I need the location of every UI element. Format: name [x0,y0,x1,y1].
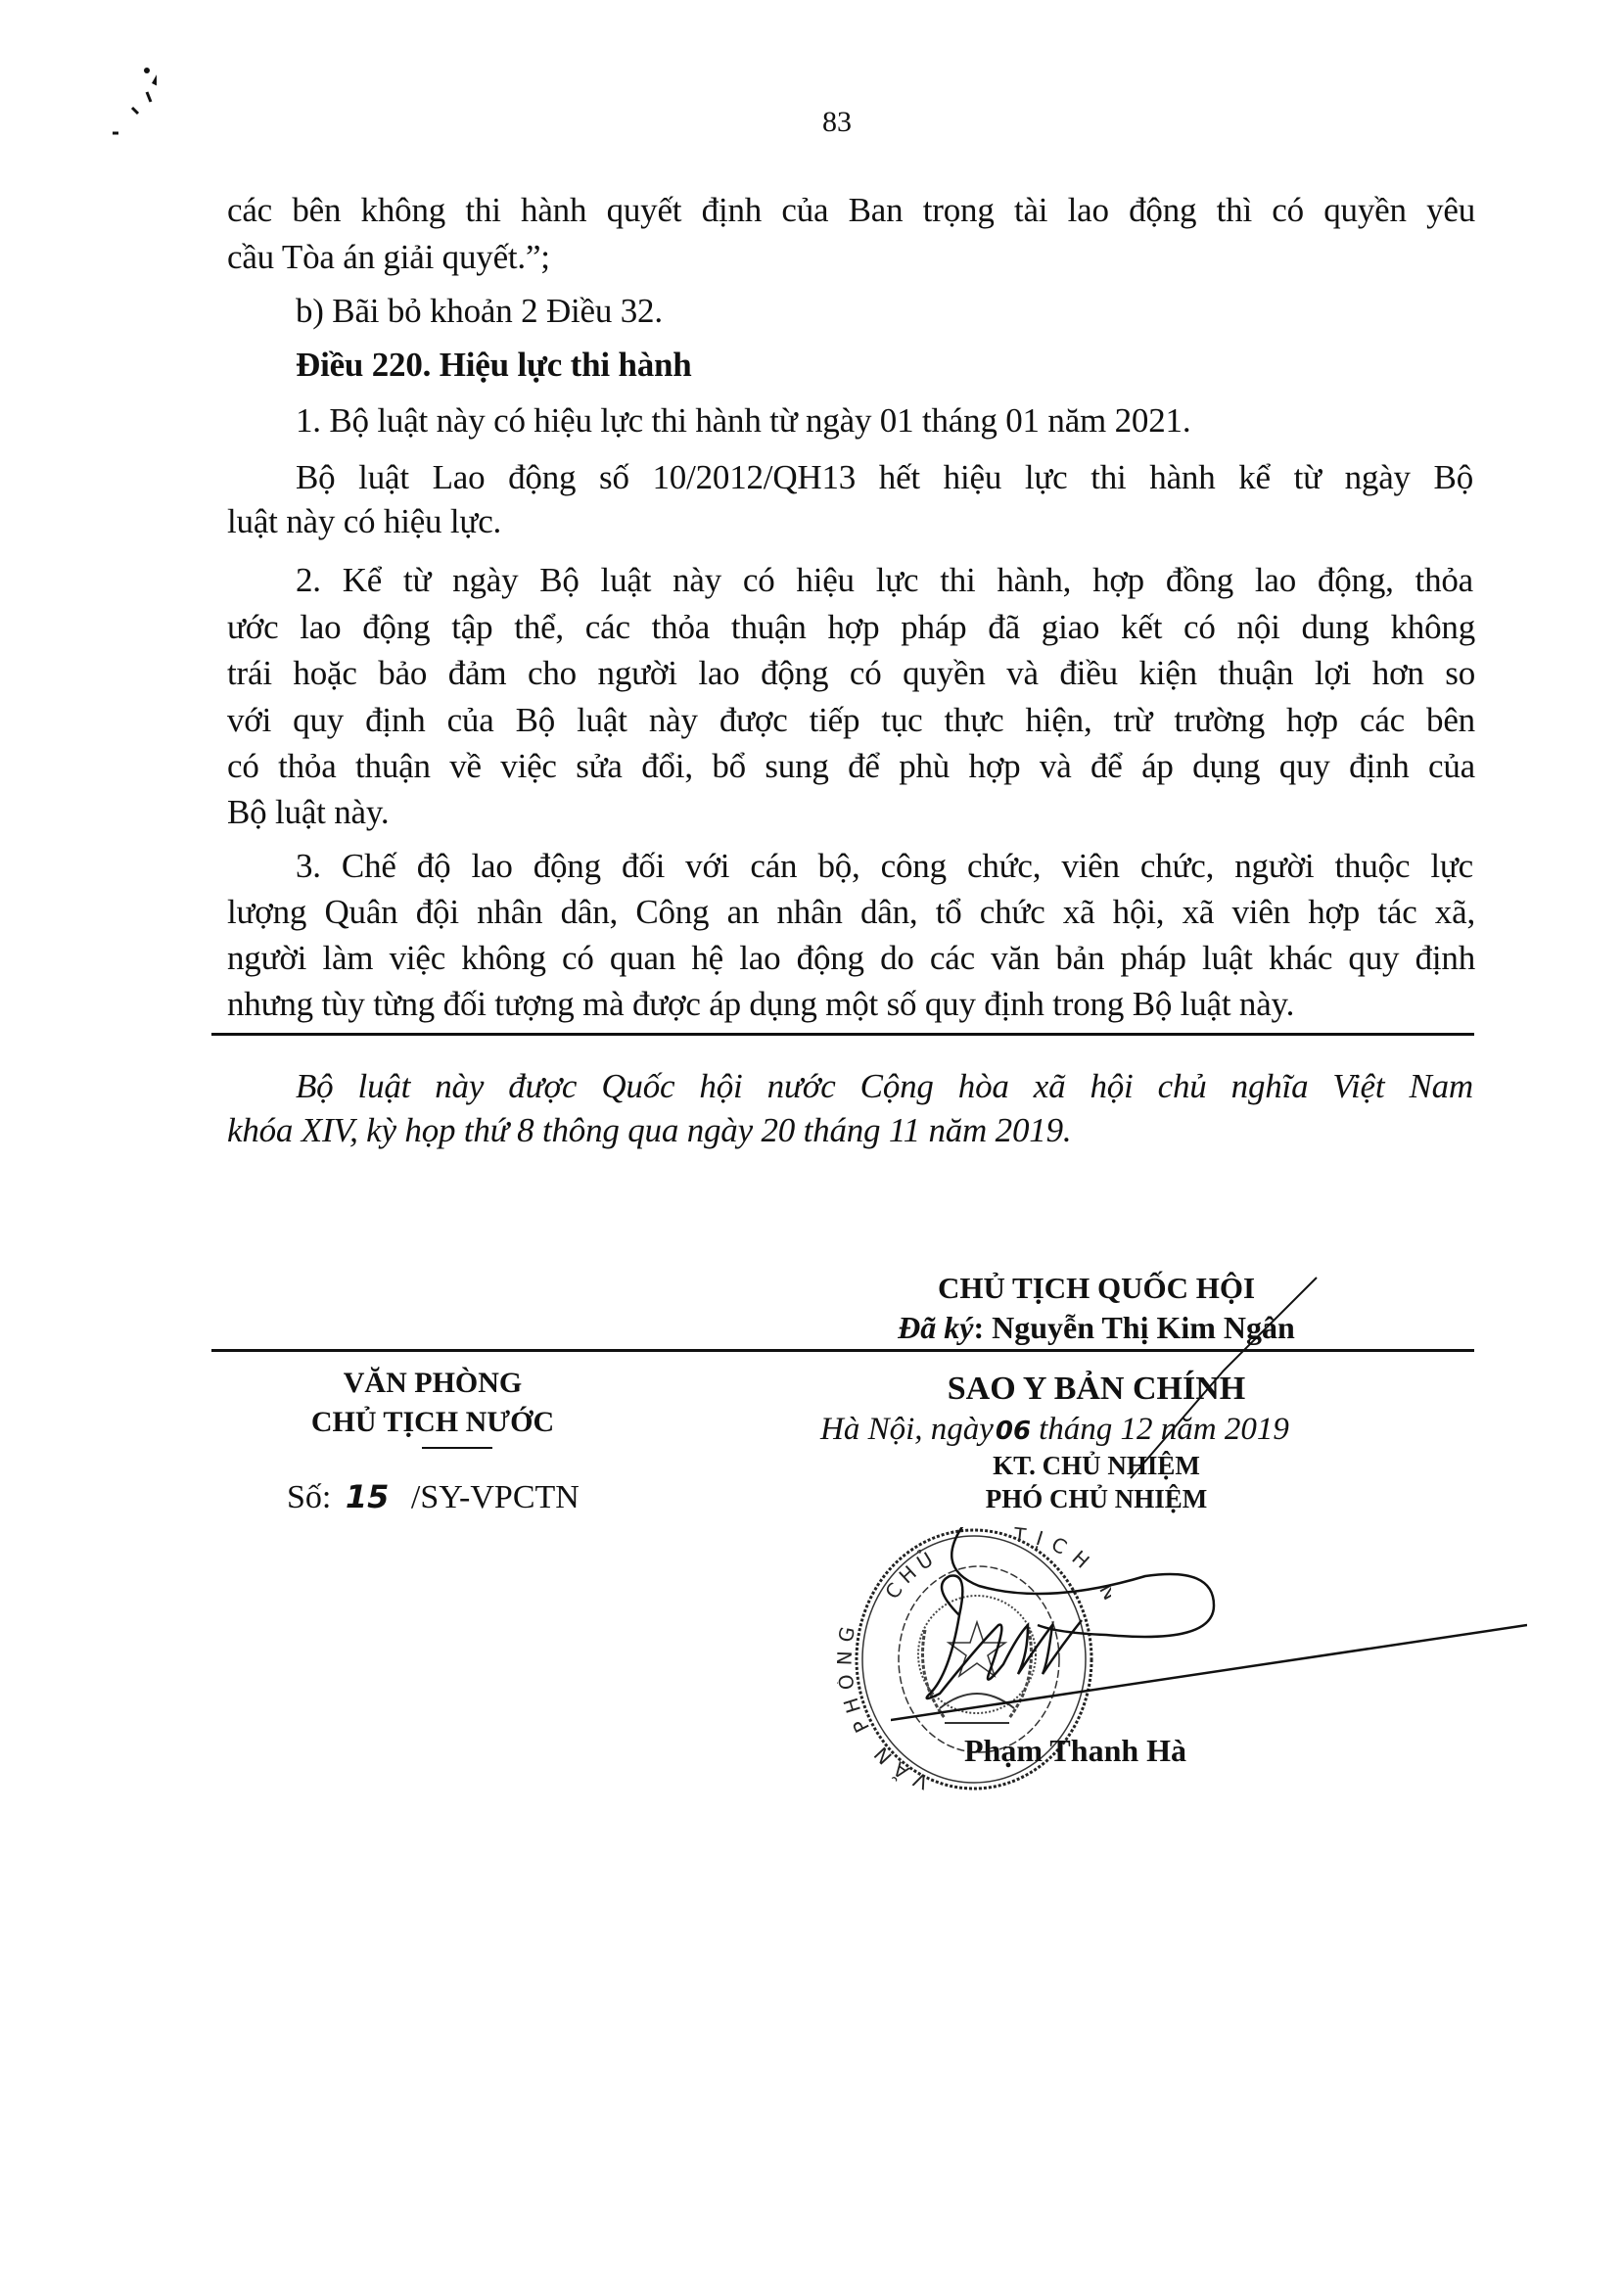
body-line: nhưng tùy từng đối tượng mà được áp dụng… [227,985,1294,1024]
body-line: các bên không thi hành quyết định của Ba… [227,191,1475,230]
date-prefix: Hà Nội, ngày [820,1412,994,1447]
body-line: có thỏa thuận về việc sửa đổi, bổ sung đ… [227,747,1475,786]
body-line: luật này có hiệu lực. [227,502,501,541]
section-divider [211,1033,1474,1036]
original-signer-title: CHỦ TỊCH QUỐC HỘI [881,1271,1312,1306]
date-day: 06 [996,1417,1031,1446]
signed-label: Đã ký [898,1310,973,1345]
office-name-line1: VĂN PHÒNG [227,1367,638,1400]
number-suffix: /SY-VPCTN [411,1479,580,1515]
article-heading: Điều 220. Hiệu lực thi hành [296,346,692,385]
copy-title: SAO Y BẢN CHÍNH [881,1371,1312,1408]
signer-name: Phạm Thanh Hà [964,1733,1186,1769]
page-number: 83 [822,106,852,139]
body-line: ước lao động tập thể, các thỏa thuận hợp… [227,608,1475,647]
original-signer: Đã ký: Nguyễn Thị Kim Ngân [842,1310,1351,1346]
body-line: cầu Tòa án giải quyết.”; [227,238,550,277]
date-suffix: tháng 12 năm 2019 [1039,1412,1289,1447]
body-line: 2. Kể từ ngày Bộ luật này có hiệu lực th… [296,561,1473,600]
adoption-note: Bộ luật này được Quốc hội nước Cộng hòa … [296,1067,1473,1106]
body-line: Bộ luật Lao động số 10/2012/QH13 hết hiệ… [296,458,1473,497]
office-underline [422,1447,492,1449]
office-name-line2: CHỦ TỊCH NƯỚC [227,1406,638,1439]
copy-divider [211,1349,1474,1352]
adoption-note: khóa XIV, kỳ họp thứ 8 thông qua ngày 20… [227,1111,1071,1150]
authority-line1: KT. CHỦ NHIỆM [881,1451,1312,1481]
document-number: Số: 15 /SY-VPCTN [287,1478,580,1516]
body-line: lượng Quân đội nhân dân, Công an nhân dâ… [227,893,1475,932]
body-line: với quy định của Bộ luật này được tiếp t… [227,701,1475,740]
item-b: b) Bãi bỏ khoản 2 Điều 32. [296,292,663,331]
clause-1: 1. Bộ luật này có hiệu lực thi hành từ n… [296,401,1190,441]
authority-line2: PHÓ CHỦ NHIỆM [881,1484,1312,1514]
number-value: 15 [346,1478,390,1515]
body-line: Bộ luật này. [227,793,389,832]
body-line: người làm việc không có quan hệ lao động… [227,939,1475,978]
handwritten-signature-icon [891,1527,1527,1743]
copy-date: Hà Nội, ngày06tháng 12 năm 2019 [820,1412,1289,1448]
number-prefix: Số: [287,1479,331,1515]
body-line: 3. Chế độ lao động đối với cán bộ, công … [296,847,1473,886]
scan-artifact [29,20,157,137]
signed-name: : Nguyễn Thị Kim Ngân [973,1310,1294,1345]
body-line: trái hoặc bảo đảm cho người lao động có … [227,654,1475,693]
